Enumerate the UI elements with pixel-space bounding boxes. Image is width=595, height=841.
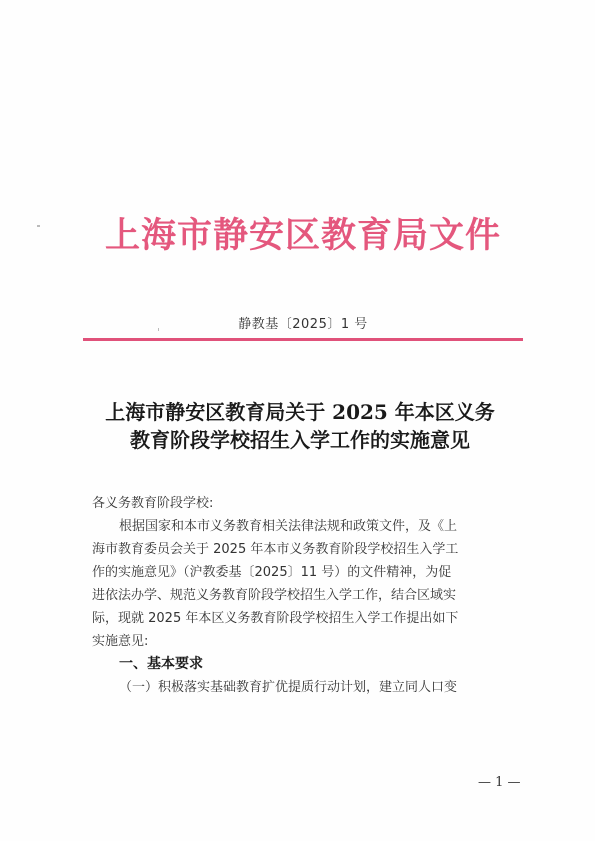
paragraph-line: 作的实施意见》（沪教委基〔2025〕11 号）的文件精神，为促 — [92, 561, 532, 584]
paragraph-line: 根据国家和本市义务教育相关法律法规和政策文件，及《上 — [92, 515, 532, 538]
document-page: 上海市静安区教育局文件 静教基〔2025〕1 号 上海市静安区教育局关于 202… — [0, 0, 595, 841]
document-number: 静教基〔2025〕1 号 — [83, 313, 523, 332]
paragraph-line: 实施意见: — [92, 630, 532, 653]
section-item: （一）积极落实基础教育扩优提质行动计划，建立同人口变 — [92, 676, 532, 699]
title-line-1: 上海市静安区教育局关于 2025 年本区义务 — [70, 398, 530, 426]
page-number: — 1 — — [478, 775, 521, 790]
issuer-title: 上海市静安区教育局文件 — [88, 208, 518, 258]
paragraph-line: 海市教育委员会关于 2025 年本市义务教育阶段学校招生入学工 — [92, 538, 532, 561]
document-title: 上海市静安区教育局关于 2025 年本区义务 教育阶段学校招生入学工作的实施意见 — [70, 398, 530, 454]
salutation: 各义务教育阶段学校: — [92, 492, 532, 515]
paragraph-line: 进依法办学、规范义务教育阶段学校招生入学工作，结合区域实 — [92, 584, 532, 607]
title-line-2: 教育阶段学校招生入学工作的实施意见 — [70, 426, 530, 454]
section-heading: 一、基本要求 — [92, 653, 532, 676]
paragraph-line: 际，现就 2025 年本区义务教育阶段学校招生入学工作提出如下 — [92, 607, 532, 630]
red-divider-line — [83, 338, 523, 341]
document-body: 各义务教育阶段学校: 根据国家和本市义务教育相关法律法规和政策文件，及《上 海市… — [92, 492, 532, 699]
scan-speck — [37, 225, 40, 227]
